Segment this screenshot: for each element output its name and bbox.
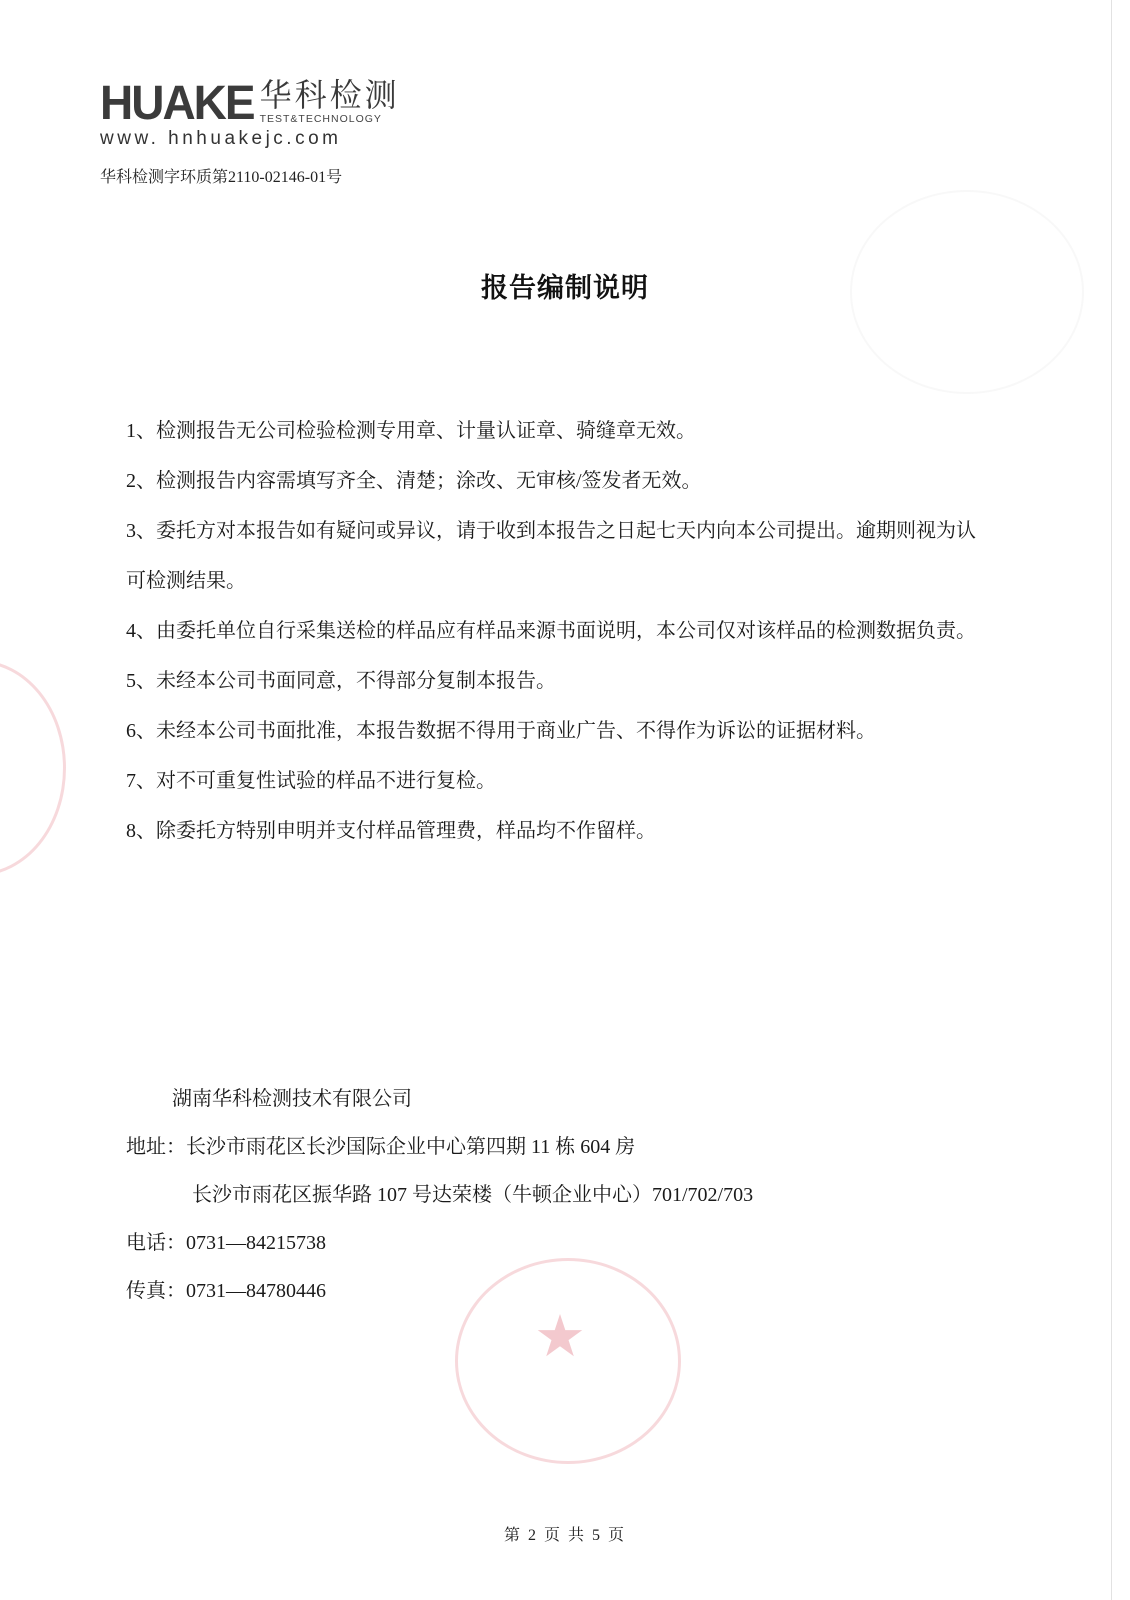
page-number: 第 2 页 共 5 页 bbox=[0, 1522, 1130, 1545]
note-item: 7、对不可重复性试验的样品不进行复检。 bbox=[126, 756, 986, 806]
logo-english-tagline: TEST&TECHNOLOGY bbox=[260, 113, 400, 125]
note-item: 6、未经本公司书面批准，本报告数据不得用于商业广告、不得作为诉讼的证据材料。 bbox=[126, 706, 986, 756]
phone-number: 0731—84215738 bbox=[186, 1232, 326, 1254]
note-item: 1、检测报告无公司检验检测专用章、计量认证章、骑缝章无效。 bbox=[126, 406, 986, 456]
seal-star-icon: ★ bbox=[534, 1302, 586, 1370]
note-item: 4、由委托单位自行采集送检的样品应有样品来源书面说明，本公司仅对该样品的检测数据… bbox=[126, 606, 986, 656]
fax-label: 传真： bbox=[126, 1280, 186, 1302]
note-item: 3、委托方对本报告如有疑问或异议，请于收到本报告之日起七天内向本公司提出。逾期则… bbox=[126, 506, 986, 606]
logo-chinese-name: 华科检测 bbox=[260, 78, 400, 112]
logo-mark: HUAKE bbox=[100, 78, 254, 126]
address-1: 长沙市雨花区长沙国际企业中心第四期 11 栋 604 房 bbox=[186, 1136, 635, 1158]
phone-label: 电话： bbox=[126, 1232, 186, 1254]
company-website: www. hnhuakejc.com bbox=[100, 128, 400, 150]
document-page: HUAKE 华科检测 TEST&TECHNOLOGY www. hnhuakej… bbox=[0, 0, 1130, 1600]
note-item: 5、未经本公司书面同意，不得部分复制本报告。 bbox=[126, 656, 986, 706]
page-title: 报告编制说明 bbox=[0, 266, 1130, 305]
company-name: 湖南华科检测技术有限公司 bbox=[126, 1075, 753, 1123]
note-item: 8、除委托方特别申明并支付样品管理费，样品均不作留样。 bbox=[126, 806, 986, 856]
notes-list: 1、检测报告无公司检验检测专用章、计量认证章、骑缝章无效。 2、检测报告内容需填… bbox=[126, 406, 986, 856]
address-line-1: 地址：长沙市雨花区长沙国际企业中心第四期 11 栋 604 房 bbox=[126, 1123, 753, 1171]
seam-seal-stamp bbox=[0, 660, 66, 876]
company-logo: HUAKE 华科检测 TEST&TECHNOLOGY www. hnhuakej… bbox=[100, 78, 400, 150]
note-item: 2、检测报告内容需填写齐全、清楚；涂改、无审核/签发者无效。 bbox=[126, 456, 986, 506]
fax-number: 0731—84780446 bbox=[186, 1280, 326, 1302]
address-2: 长沙市雨花区振华路 107 号达荣楼（牛顿企业中心）701/702/703 bbox=[126, 1171, 753, 1219]
address-label: 地址： bbox=[126, 1136, 186, 1158]
company-info: 湖南华科检测技术有限公司 地址：长沙市雨花区长沙国际企业中心第四期 11 栋 6… bbox=[126, 1075, 753, 1315]
page-edge-line bbox=[1111, 0, 1112, 1600]
report-number: 华科检测字环质第2110-02146-01号 bbox=[100, 164, 342, 187]
phone-line: 电话：0731—84215738 bbox=[126, 1219, 753, 1267]
